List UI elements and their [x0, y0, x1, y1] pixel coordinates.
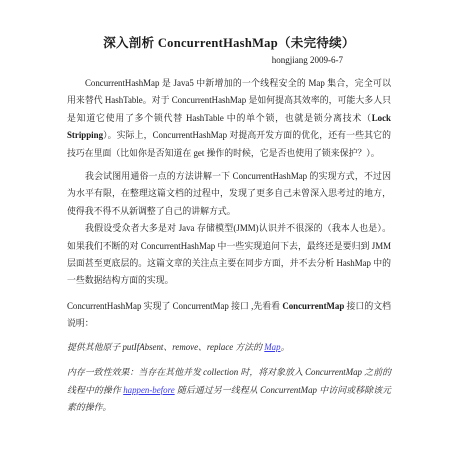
quote-putifabsent-text-b: 。: [281, 342, 290, 352]
paragraph-approach: 我会试图用通俗一点的方法讲解一下 ConcurrentHashMap 的实现方式…: [67, 168, 391, 220]
document-page: 深入剖析 ConcurrentHashMap（未完待续） hongjiang 2…: [0, 0, 453, 453]
happen-before-link[interactable]: happen-before: [123, 385, 174, 395]
paragraph-intro-text-b: ）。实际上，ConcurrentHashMap 对提高开发方面的优化，还有一些其…: [67, 130, 391, 157]
paragraph-approach-text: 我会试图用通俗一点的方法讲解一下 ConcurrentHashMap 的实现方式…: [67, 171, 391, 216]
paragraph-jmm-text: 我假设受众者大多是对 Java 存储模型(JMM)认识并不很深的（我本人也是）。…: [67, 223, 391, 285]
quote-putifabsent-text-a: 提供其他原子 putIfAbsent、remove、replace 方法的: [67, 342, 264, 352]
author-date: hongjiang 2009-6-7: [67, 54, 391, 66]
paragraph-concurrentmap-intro: ConcurrentHashMap 实现了 ConcurrentMap 接口 ,…: [67, 298, 391, 333]
map-link[interactable]: Map: [264, 342, 280, 352]
quote-memory-consistency: 内存一致性效果：当存在其他并发 collection 时，将对象放入 Concu…: [67, 364, 391, 416]
document-title: 深入剖析 ConcurrentHashMap（未完待续）: [67, 36, 391, 51]
paragraph-jmm: 我假设受众者大多是对 Java 存储模型(JMM)认识并不很深的（我本人也是）。…: [67, 220, 391, 290]
concurrentmap-term: ConcurrentMap: [282, 301, 344, 311]
paragraph-concurrentmap-text-a: ConcurrentHashMap 实现了 ConcurrentMap 接口 ,…: [67, 301, 282, 311]
paragraph-intro: ConcurrentHashMap 是 Java5 中新增加的一个线程安全的 M…: [67, 75, 391, 162]
document-content: 深入剖析 ConcurrentHashMap（未完待续） hongjiang 2…: [0, 0, 453, 416]
quote-putifabsent: 提供其他原子 putIfAbsent、remove、replace 方法的 Ma…: [67, 339, 391, 356]
paragraph-intro-text-a: ConcurrentHashMap 是 Java5 中新增加的一个线程安全的 M…: [67, 78, 391, 123]
